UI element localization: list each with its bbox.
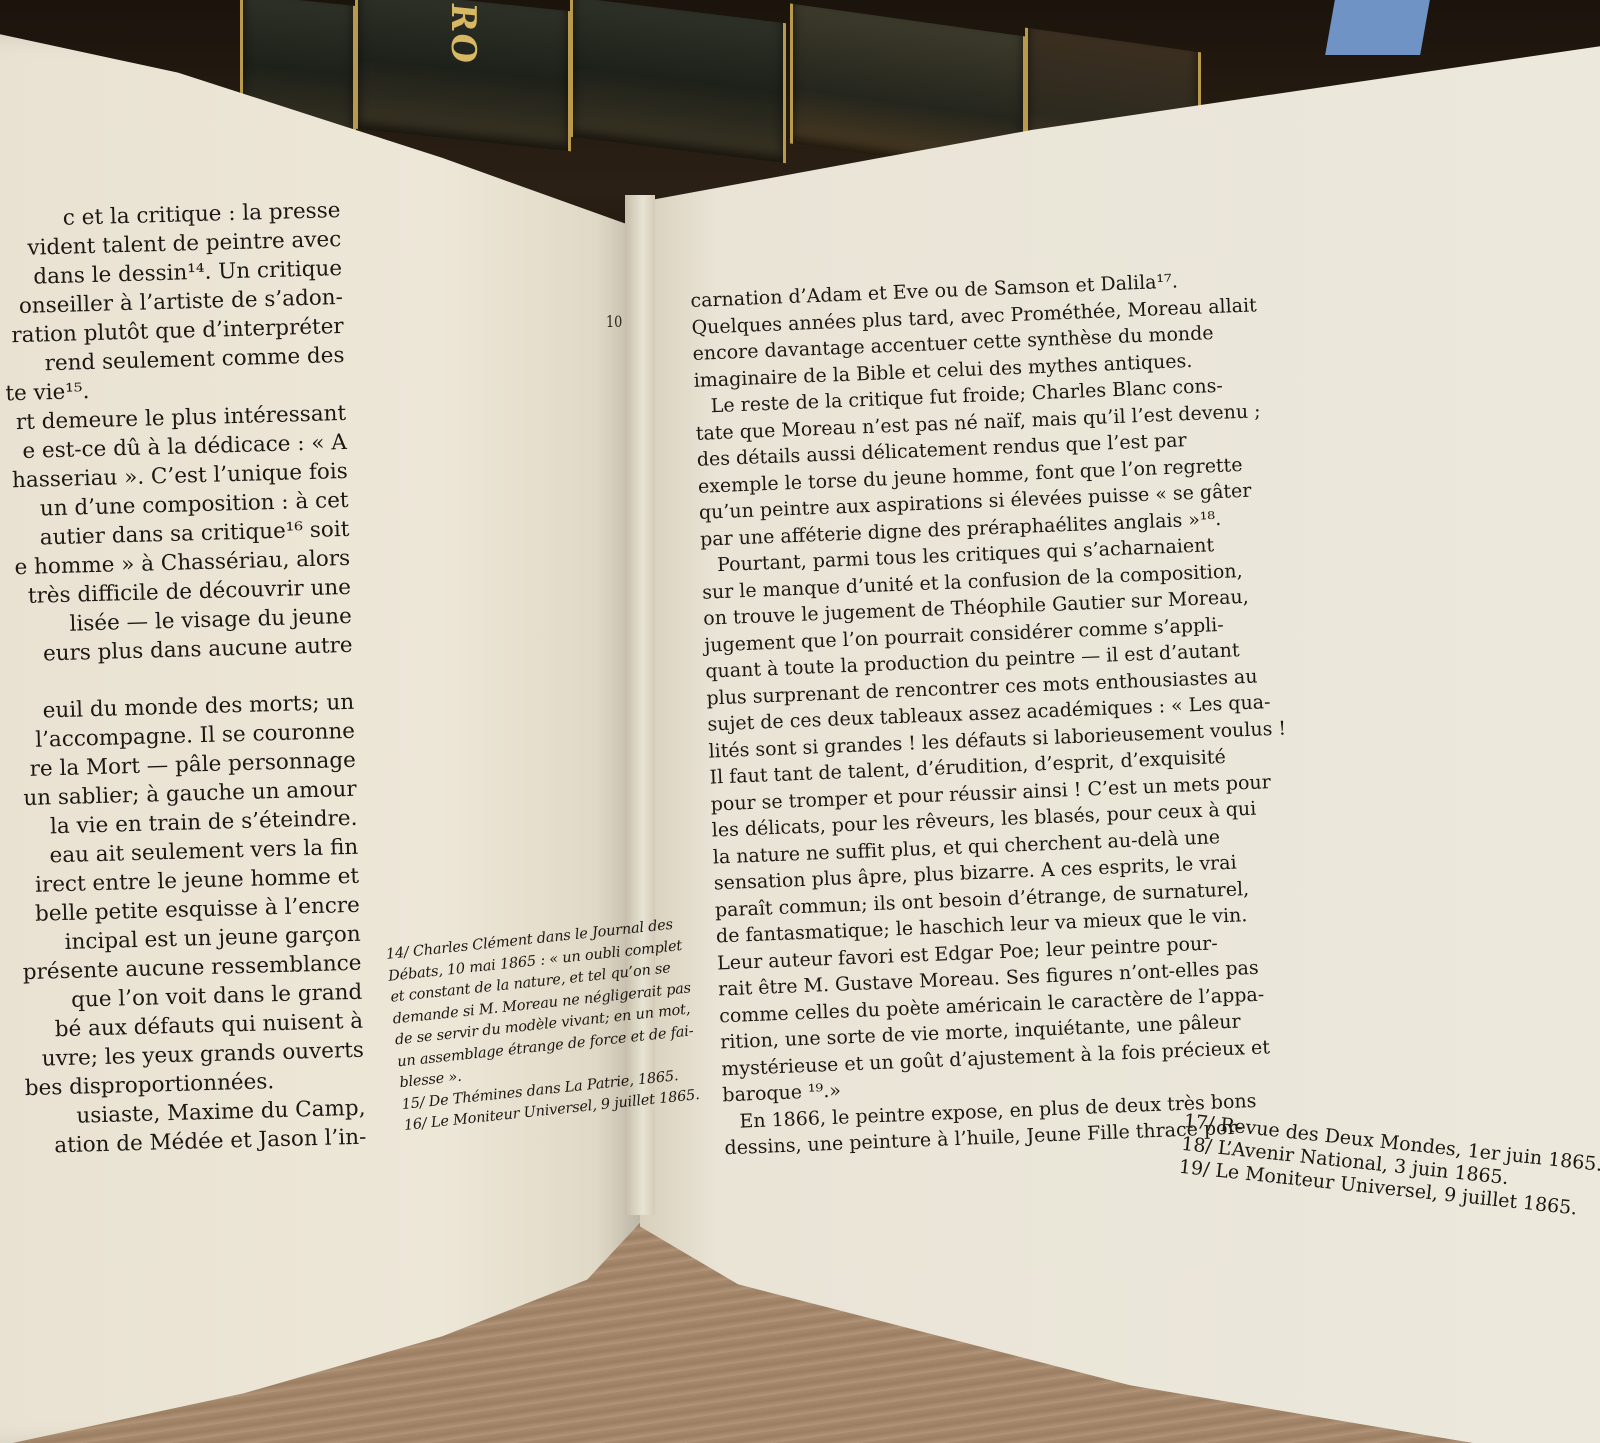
leather-book-spine: RO (355, 0, 571, 151)
right-page-body-text: carnation d’Adam et Eve ou de Samson et … (690, 270, 1165, 1161)
leather-book-spine (570, 0, 786, 163)
left-page-body-text: c et la critique : la presse vident tale… (0, 196, 367, 1161)
blue-book-cover (1325, 0, 1430, 55)
book-spine-title: RO (443, 1, 483, 67)
page-number: 10 (606, 312, 622, 331)
left-page-footnotes: 14/ Charles Clément dans le Journal des … (385, 920, 639, 1137)
